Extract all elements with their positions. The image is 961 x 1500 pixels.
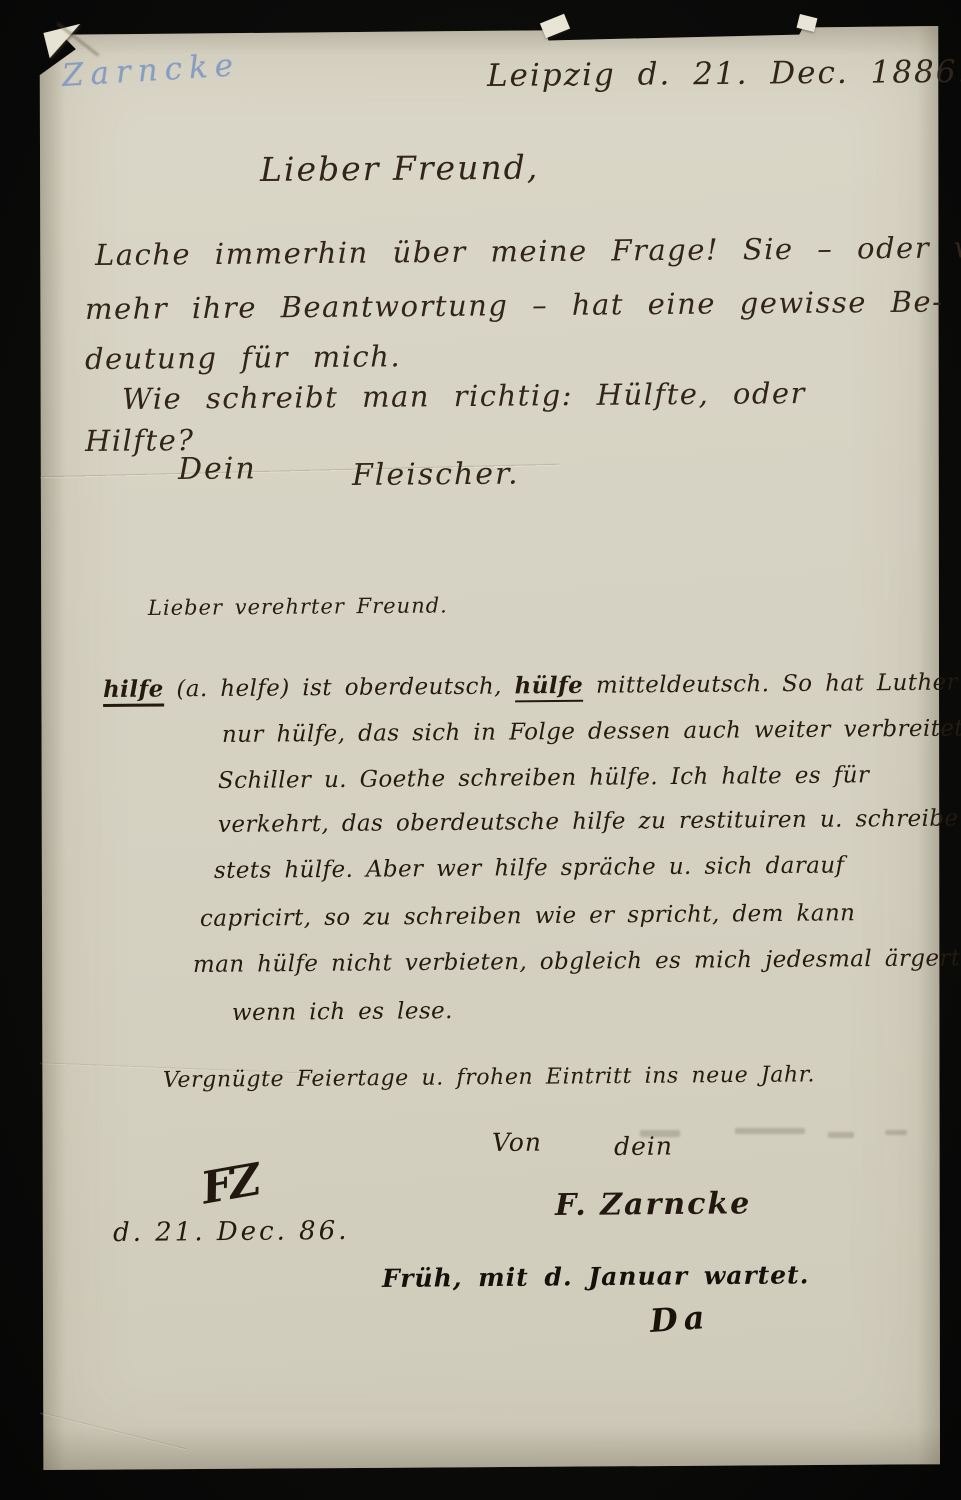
letter2-valediction-word2: dein	[614, 1131, 673, 1161]
letter2-body-line: wenn ich es lese.	[232, 998, 453, 1026]
letter1-body-line: Wie schreibt man richtig: Hülfte, oder	[122, 376, 806, 416]
letter2-date-note: d. 21. Dec. 86.	[113, 1216, 350, 1248]
top-edge-tear-tab	[797, 14, 818, 32]
letter1-body-line: deutung für mich.	[85, 339, 401, 376]
letter2-monogram: FZ	[198, 1155, 261, 1215]
underlined-word-huelfe: hülfe	[514, 672, 583, 703]
top-edge-tear-tab	[540, 14, 570, 39]
letter1-dateline: Leipzig d. 21. Dec. 1886.	[487, 54, 961, 94]
letter2-first-line-text: mitteldeutsch. So hat Luther	[583, 670, 958, 699]
letter2-salutation: Lieber verehrter Freund.	[148, 593, 448, 620]
letter2-body-line: stets hülfe. Aber wer hilfe spräche u. s…	[214, 852, 845, 884]
letter1-valediction: Dein	[178, 451, 257, 487]
letter2-first-line-text: (a. helfe) ist oberdeutsch,	[164, 673, 515, 702]
letter1-signature: Fleischer.	[352, 457, 520, 493]
letter2-postscript: Früh, mit d. Januar wartet.	[382, 1260, 810, 1293]
archival-scan-background: Zarncke Leipzig d. 21. Dec. 1886. Lieber…	[0, 0, 961, 1500]
letter1-salutation: Lieber Freund,	[260, 148, 540, 189]
letter2-paraph-initials: Da	[649, 1298, 712, 1340]
letter2-signature: F. Zarncke	[555, 1186, 752, 1223]
letter2-valediction-word1: Von	[492, 1128, 542, 1157]
underlined-word-hilfe: hilfe	[103, 675, 164, 707]
